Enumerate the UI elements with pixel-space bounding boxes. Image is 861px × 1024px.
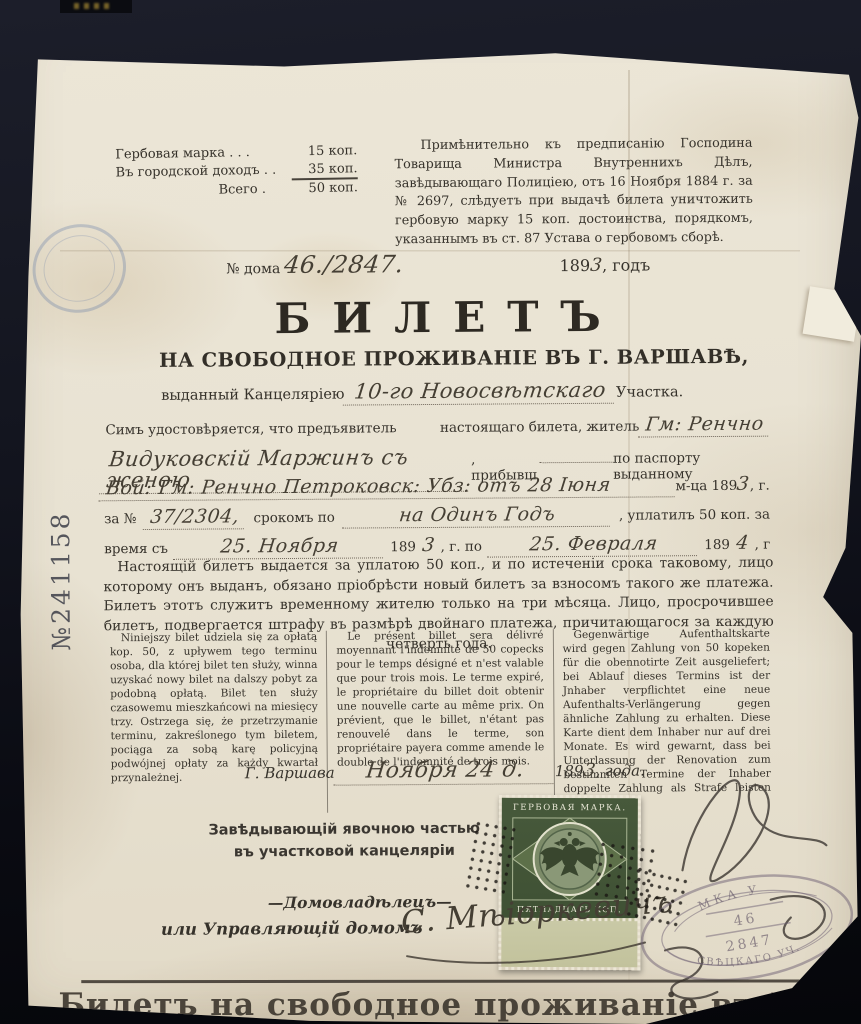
clerk-line-1: Завѣдывающій явочною частью — [198, 818, 490, 843]
office-handwritten: 10-го Новосвѣтскаго — [343, 380, 617, 406]
issuing-office-line: выданный Канцеляріею 10-го Новосвѣтскаго… — [161, 379, 683, 407]
place-date-line: Г. Варшава Ноября 24 д. 1893, года. — [245, 759, 645, 787]
clerk-caption: Завѣдывающій явочною частью въ участково… — [198, 818, 490, 865]
printed-text: , г. — [750, 478, 770, 494]
fee-label: Въ городской доходъ . . — [115, 161, 291, 182]
regulation-notice: Примѣнительно къ предписанію Господина Т… — [394, 135, 753, 250]
printed-text: , уплатилъ 50 коп. за — [619, 507, 770, 524]
dotted-leader — [539, 450, 613, 464]
clerk-line-2: въ участковой канцеляріи — [198, 840, 490, 865]
document-number-handwritten: 37/2304, — [143, 507, 247, 530]
year-printed: 189 — [559, 256, 590, 275]
year-digit-handwritten: 3 — [736, 475, 751, 494]
landlord-signature-flourish — [401, 936, 651, 972]
year-digit-handwritten: 3 — [421, 536, 436, 555]
fee-value: 50 коп. — [292, 179, 358, 198]
issued-suffix: Участка. — [616, 384, 683, 400]
document-paper: Гербовая марка . . . 15 коп. Въ городско… — [0, 0, 861, 1024]
year-digit-handwritten: 3 — [589, 257, 603, 275]
printed-text: , г — [755, 537, 771, 553]
printed-text: за № — [104, 511, 137, 527]
issued-prefix: выданный Канцеляріею — [161, 387, 344, 404]
year-suffix: , годъ — [602, 255, 650, 274]
certify-line-3: Вой: Гм: Ренчно Петроковск: Убз: отъ 28 … — [100, 475, 770, 502]
fee-table: Гербовая марка . . . 15 коп. Въ городско… — [115, 142, 358, 201]
printed-text: срокомъ по — [253, 510, 335, 527]
house-number-label: № дома — [226, 261, 280, 277]
printed-text: 189 — [390, 539, 416, 555]
printed-text: время съ — [104, 541, 168, 557]
serial-number-vertical: №241158 — [46, 460, 76, 650]
year-printed: 189 — [555, 762, 584, 780]
term-handwritten: на Одинъ Годъ — [342, 505, 613, 529]
printed-text: 189 — [704, 537, 730, 553]
year-digit-handwritten: 3 — [582, 762, 596, 780]
printed-text: м-ца 189 — [675, 478, 737, 494]
oval-stamp-number-1: 46 — [733, 910, 759, 930]
photo-stage: Гербовая марка . . . 15 коп. Въ городско… — [0, 0, 861, 1024]
certify-line-1: Симъ удостовѣряется, что предъявитель на… — [105, 415, 769, 442]
resident-commune-handwritten: Гм: Ренчно — [638, 415, 771, 438]
polish-column: Niniejszy bilet udziela się za opłatą ko… — [101, 631, 328, 814]
oval-stamp-number-2: 2847 — [725, 932, 775, 956]
fee-value: 35 коп. — [291, 160, 357, 181]
perforation-holes — [623, 865, 692, 934]
house-number-line: № дома 46./2847. 1893, годъ — [226, 250, 650, 277]
printed-text: , г. по — [441, 539, 482, 555]
next-page-heading-cutoff: Билетъ на свободное проживаніе въ Варшав… — [58, 987, 828, 1023]
fee-value: 15 коп. — [291, 142, 357, 161]
landlord-line: или Управляющій домомъ — [161, 918, 423, 939]
document-subtitle: НА СВОБОДНОЕ ПРОЖИВАНІЕ ВЪ Г. ВАРШАВѢ, — [119, 344, 789, 372]
document-title: БИЛЕТЪ — [118, 291, 778, 345]
certify-line-4: за № 37/2304, срокомъ по на Одинъ Годъ ,… — [104, 504, 770, 531]
revenue-stamp-header: ГЕРБОВАЯ МАРКА. — [505, 801, 635, 816]
printed-text: настоящаго билета, житель — [440, 419, 640, 436]
printed-text: Симъ удостовѣряется, что предъявитель — [105, 420, 396, 438]
place-printed: Г. Варшава — [245, 764, 335, 783]
house-number-handwritten: 46./2847. — [283, 252, 405, 277]
fee-row-total: Всего . 50 коп. — [116, 179, 358, 201]
fee-label: Всего . — [218, 181, 266, 199]
document-content: Гербовая марка . . . 15 коп. Въ городско… — [0, 0, 861, 1024]
corner-label-sticker — [60, 0, 132, 13]
year-digit-handwritten: 4 — [735, 534, 750, 553]
date-handwritten: Ноября 24 д. — [333, 759, 556, 786]
passport-issuer-handwritten: Вой: Гм: Ренчно Петроковск: Убз: отъ 28 … — [99, 475, 677, 501]
